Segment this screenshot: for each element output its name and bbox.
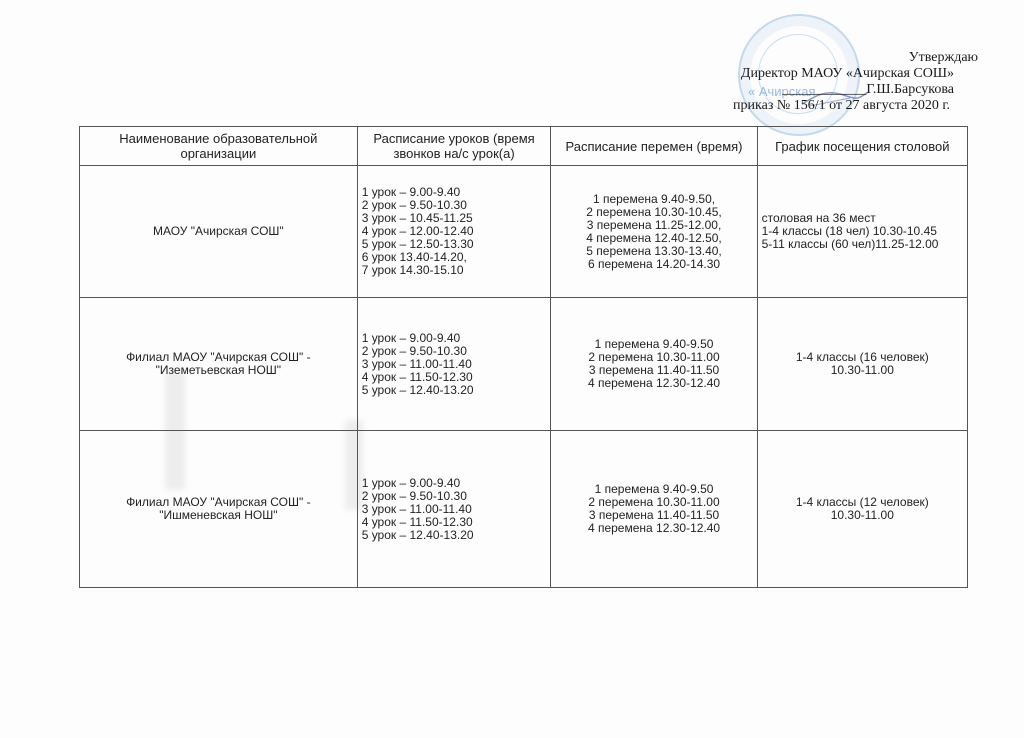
break-cell: 1 перемена 9.40-9.502 перемена 10.30-11.… [551,431,757,588]
canteen-line: 5-11 классы (60 чел)11.25-12.00 [762,238,963,251]
lesson-line: 5 урок – 12.40-13.20 [362,384,547,397]
header-lessons: Расписание уроков (время звонков на/с ур… [357,127,551,166]
lesson-line: 7 урок 14.30-15.10 [362,264,547,277]
canteen-line: 10.30-11.00 [762,364,963,377]
break-line: 6 перемена 14.20-14.30 [555,258,752,271]
lesson-line: 2 урок – 9.50-10.30 [362,490,547,503]
break-line: 4 перемена 12.30-12.40 [555,522,752,535]
canteen-cell: столовая на 36 мест1-4 классы (18 чел) 1… [757,166,967,298]
break-cell: 1 перемена 9.40-9.50,2 перемена 10.30-10… [551,166,757,298]
lesson-line: 2 урок – 9.50-10.30 [362,345,547,358]
lesson-line: 1 урок – 9.00-9.40 [362,332,547,345]
lesson-line: 3 урок – 11.00-11.40 [362,503,547,516]
break-line: 4 перемена 12.30-12.40 [555,377,752,390]
lesson-cell: 1 урок – 9.00-9.402 урок – 9.50-10.303 у… [357,166,551,298]
header-organization: Наименование образовательной организации [80,127,358,166]
header-breaks: Расписание перемен (время) [551,127,757,166]
canteen-cell: 1-4 классы (12 человек)10.30-11.00 [757,431,967,588]
approval-position: Директор МАОУ «Ачирская СОШ» [720,66,980,82]
approval-signature-line: ____________Г.Ш.Барсукова [720,82,980,98]
table-row: Филиал МАОУ "Ачирская СОШ" - "Ишменевска… [80,431,968,588]
organization-cell: Филиал МАОУ "Ачирская СОШ" - "Иземетьевс… [80,298,358,431]
lesson-line: 4 урок – 11.50-12.30 [362,371,547,384]
approval-title: Утверждаю [720,50,980,66]
table-header-row: Наименование образовательной организации… [80,127,968,166]
approval-order: приказ № 156/1 от 27 августа 2020 г. [720,98,980,114]
table-row: Филиал МАОУ "Ачирская СОШ" - "Иземетьевс… [80,298,968,431]
lesson-cell: 1 урок – 9.00-9.402 урок – 9.50-10.303 у… [357,298,551,431]
schedule-table: Наименование образовательной организации… [79,126,968,588]
header-canteen: График посещения столовой [757,127,967,166]
approval-block: Утверждаю Директор МАОУ «Ачирская СОШ» _… [720,50,980,114]
lesson-cell: 1 урок – 9.00-9.402 урок – 9.50-10.303 у… [357,431,551,588]
canteen-cell: 1-4 классы (16 человек)10.30-11.00 [757,298,967,431]
lesson-line: 1 урок – 9.00-9.40 [362,477,547,490]
lesson-line: 5 урок – 12.40-13.20 [362,529,547,542]
break-cell: 1 перемена 9.40-9.502 перемена 10.30-11.… [551,298,757,431]
break-line: 5 перемена 13.30-13.40, [555,245,752,258]
canteen-line: 10.30-11.00 [762,509,963,522]
table-row: МАОУ "Ачирская СОШ"1 урок – 9.00-9.402 у… [80,166,968,298]
organization-cell: МАОУ "Ачирская СОШ" [80,166,358,298]
lesson-line: 3 урок – 11.00-11.40 [362,358,547,371]
break-line: 3 перемена 11.25-12.00, [555,219,752,232]
lesson-line: 4 урок – 11.50-12.30 [362,516,547,529]
break-line: 2 перемена 10.30-10.45, [555,206,752,219]
organization-cell: Филиал МАОУ "Ачирская СОШ" - "Ишменевска… [80,431,358,588]
break-line: 1 перемена 9.40-9.50, [555,193,752,206]
break-line: 4 перемена 12.40-12.50, [555,232,752,245]
